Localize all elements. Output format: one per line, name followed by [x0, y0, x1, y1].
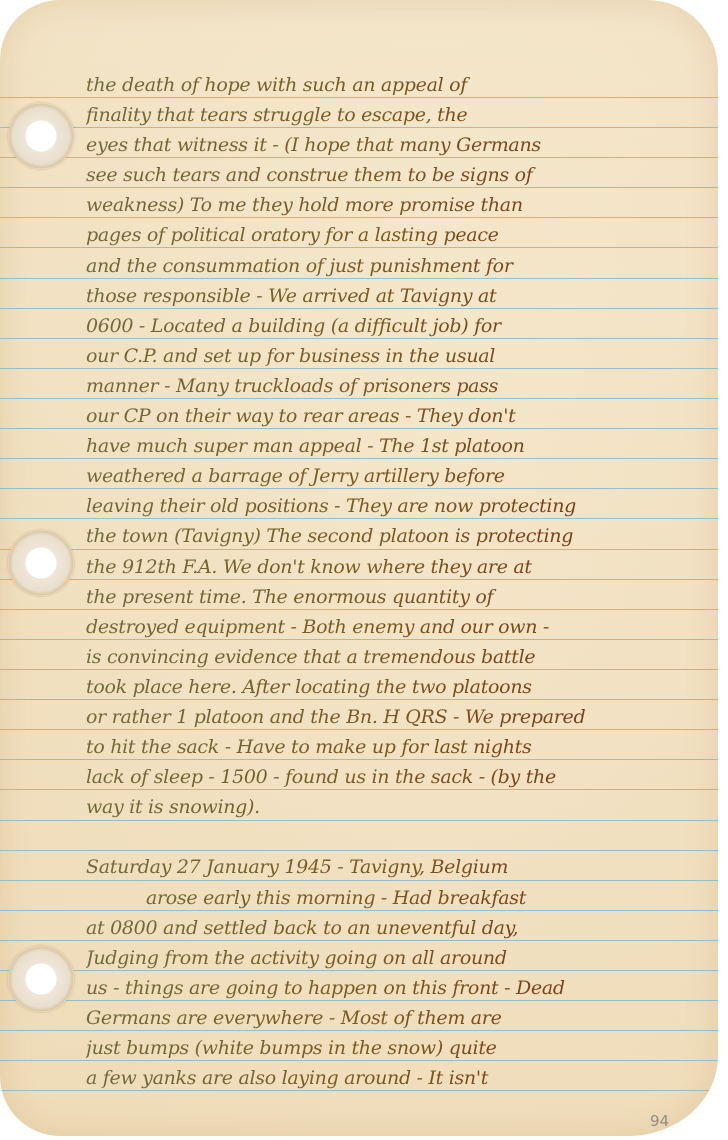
diary-page: the death of hope with such an appeal of… [0, 0, 718, 1136]
entry-date-heading: Saturday 27 January 1945 - Tavigny, Belg… [86, 852, 716, 882]
text-line: is convincing evidence that a tremendous… [86, 642, 716, 672]
text-line: weakness) To me they hold more promise t… [86, 190, 716, 220]
text-line: finality that tears struggle to escape, … [86, 100, 716, 130]
text-line: our CP on their way to rear areas - They… [86, 401, 716, 431]
text-line: way it is snowing). [86, 792, 716, 822]
punch-hole-bottom [8, 946, 74, 1012]
text-line: those responsible - We arrived at Tavign… [86, 281, 716, 311]
handwritten-text: the death of hope with such an appeal of… [86, 70, 716, 1093]
text-line: arose early this morning - Had breakfast [86, 883, 716, 913]
text-line: our C.P. and set up for business in the … [86, 341, 716, 371]
text-line: at 0800 and settled back to an uneventfu… [86, 913, 716, 943]
text-line: eyes that witness it - (I hope that many… [86, 130, 716, 160]
page-number: 94 [650, 1112, 669, 1130]
punch-hole-top [8, 103, 74, 169]
text-line: Judging from the activity going on all a… [86, 943, 716, 973]
text-line: manner - Many truckloads of prisoners pa… [86, 371, 716, 401]
blank-line [86, 822, 716, 852]
text-line: see such tears and construe them to be s… [86, 160, 716, 190]
text-line: just bumps (white bumps in the snow) qui… [86, 1033, 716, 1063]
text-line: a few yanks are also laying around - It … [86, 1063, 716, 1093]
text-line: Germans are everywhere - Most of them ar… [86, 1003, 716, 1033]
text-line: to hit the sack - Have to make up for la… [86, 732, 716, 762]
punch-hole-middle [8, 530, 74, 596]
text-line: took place here. After locating the two … [86, 672, 716, 702]
text-line: have much super man appeal - The 1st pla… [86, 431, 716, 461]
text-line: weathered a barrage of Jerry artillery b… [86, 461, 716, 491]
text-line: us - things are going to happen on this … [86, 973, 716, 1003]
text-line: the death of hope with such an appeal of [86, 70, 716, 100]
text-line: pages of political oratory for a lasting… [86, 220, 716, 250]
text-line: leaving their old positions - They are n… [86, 491, 716, 521]
text-line: or rather 1 platoon and the Bn. H QRS - … [86, 702, 716, 732]
text-line: 0600 - Located a building (a difficult j… [86, 311, 716, 341]
text-line: and the consummation of just punishment … [86, 251, 716, 281]
text-line: the town (Tavigny) The second platoon is… [86, 521, 716, 551]
text-line: lack of sleep - 1500 - found us in the s… [86, 762, 716, 792]
text-line: the 912th F.A. We don't know where they … [86, 552, 716, 582]
text-line: destroyed equipment - Both enemy and our… [86, 612, 716, 642]
text-line: the present time. The enormous quantity … [86, 582, 716, 612]
